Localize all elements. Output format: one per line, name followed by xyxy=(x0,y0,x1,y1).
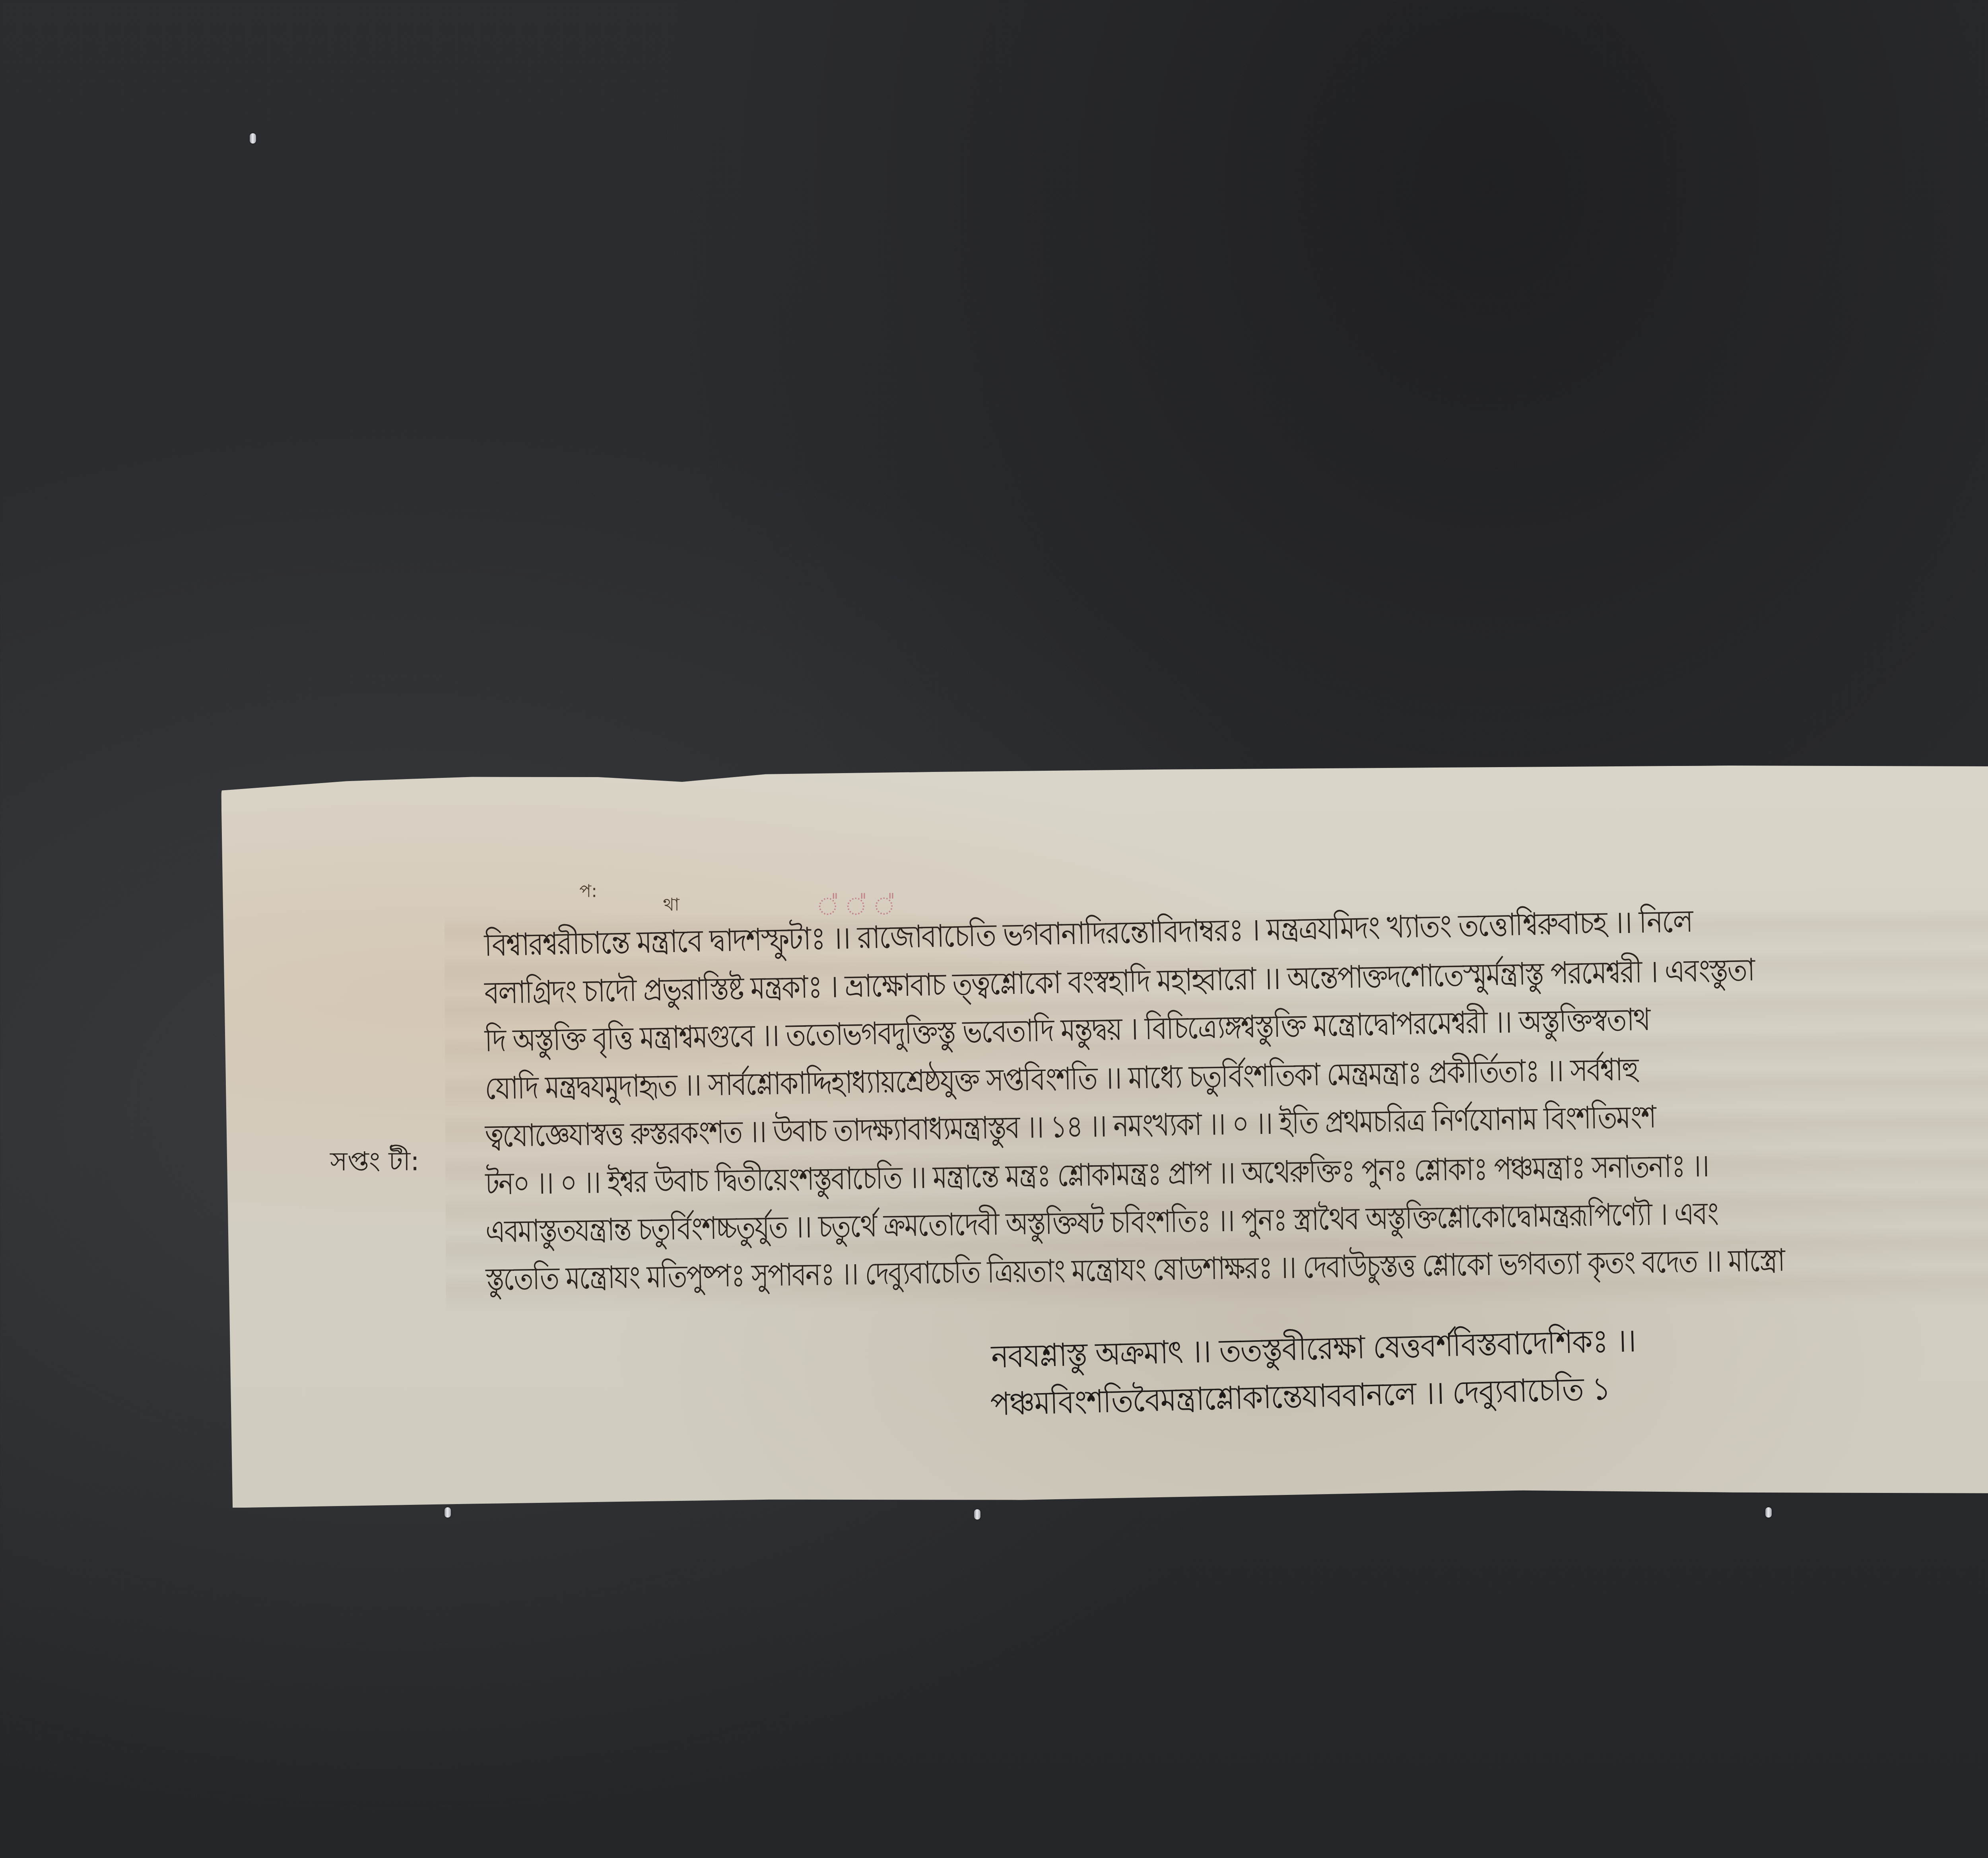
manuscript-line: স্তুতেতি মন্ত্রোযং মতিপুষ্পঃ সুপাবনঃ ।। … xyxy=(485,1245,1784,1295)
manuscript-line: টন০ ।। ০ ।। ইশ্বর উবাচ দ্বিতীয়েংশস্তুবা… xyxy=(485,1151,1709,1200)
interlinear-note: থা xyxy=(663,891,679,920)
manuscript-line: বলাগ্রিদং চাদৌ প্রভুরাস্তিষ্ট মন্ত্রকাঃ … xyxy=(484,954,1755,1009)
interlinear-note: প: xyxy=(579,878,597,907)
manuscript-folio: ᳚ ᳚ ᳚ প: থা সপ্তং টী: ৬০ বিশ্বারশ্বরীচান… xyxy=(221,763,1988,1508)
manuscript-line: যোদি মন্ত্রদ্বযমুদাহৃত ।। সার্বশ্লোকাদ্দ… xyxy=(485,1054,1638,1104)
margin-note: সপ্তং টী: xyxy=(330,1141,419,1185)
pin xyxy=(250,133,256,144)
pin xyxy=(445,1507,451,1518)
manuscript-line: ত্বযোজ্ঞেযাস্বত্ত রুস্তরকংশত ।। উবাচ তাদ… xyxy=(485,1102,1656,1152)
pin xyxy=(1765,1507,1772,1518)
manuscript-line: এবমাস্তুতযন্ত্রান্ত চতুর্বিংশচ্চতুর্যুত … xyxy=(485,1198,1718,1248)
faded-red-mark: ᳚ ᳚ ᳚ xyxy=(818,892,897,921)
manuscript-line: দি অস্তুক্তি বৃত্তি মন্ত্রাশ্বমগুবে ।। ত… xyxy=(484,1004,1650,1057)
pin xyxy=(974,1509,980,1520)
